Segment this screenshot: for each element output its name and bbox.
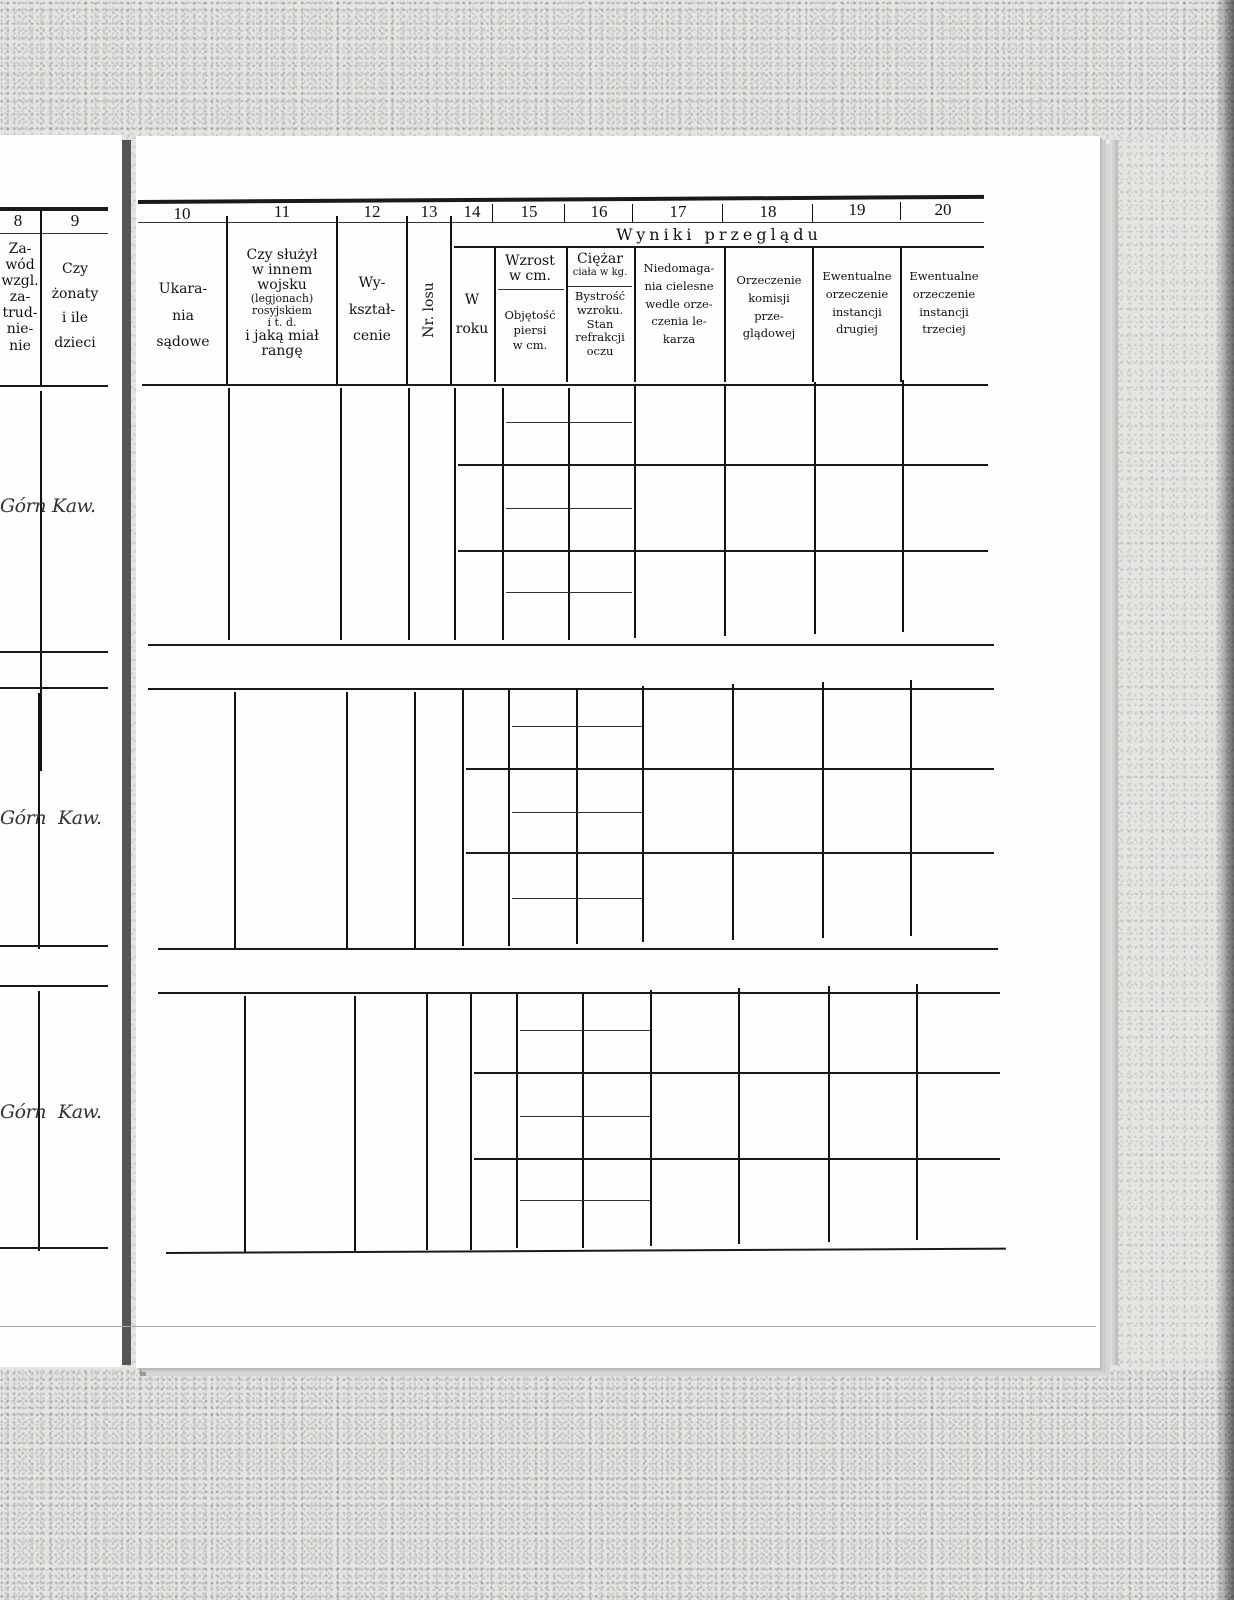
header-number-rule [138, 222, 984, 223]
col-11-header: Czy służył w innem wojsku (legjonach) ro… [228, 248, 336, 359]
col-divider [568, 388, 570, 640]
col-divider [516, 992, 518, 1248]
row-top-rule [0, 687, 108, 689]
col-divider [408, 388, 410, 640]
header-line: Niedomaga- [636, 260, 722, 278]
col-divider [724, 384, 726, 636]
background-texture-top [0, 0, 1234, 135]
col-20-number: 20 [902, 200, 984, 220]
background-texture-bottom [0, 1370, 1234, 1600]
col-16-header-top: Ciężar ciała w kg. [568, 252, 632, 278]
header-line: nie [0, 338, 40, 354]
half-rule [520, 1030, 650, 1031]
header-line: instancji [814, 304, 900, 322]
col-9-header: Czy żonaty i ile dzieci [42, 257, 108, 355]
col-divider [40, 391, 42, 771]
record-top-rule [148, 688, 994, 690]
header-line: drugiej [814, 321, 900, 339]
half-rule [506, 592, 632, 593]
header-bottom-rule [0, 385, 108, 387]
handwritten-occupation: Górn [0, 1101, 46, 1123]
col-divider [414, 692, 416, 948]
subrow-rule [474, 1072, 1000, 1074]
header-line: wojsku [228, 278, 336, 293]
num-divider [722, 204, 723, 222]
num-divider [900, 202, 901, 220]
col-divider [822, 682, 824, 938]
header-line: glądowej [726, 325, 812, 343]
header-line: trud- [0, 305, 40, 321]
header-line: Wzrost [496, 254, 564, 269]
row-bottom-rule [0, 945, 108, 947]
half-rule [506, 508, 632, 509]
header-line: instancji [902, 304, 986, 322]
header-line: nie- [0, 321, 40, 337]
group-header-rule [454, 246, 984, 248]
header-line: piersi [496, 323, 564, 338]
col-16-split-rule [568, 286, 632, 287]
col-divider [470, 994, 472, 1250]
half-rule [512, 898, 642, 899]
header-line: wzgl. [0, 273, 40, 289]
half-rule [520, 1116, 650, 1117]
header-line: wód [0, 257, 40, 273]
handwritten-occupation: Górn [0, 807, 46, 829]
header-number-rule [0, 233, 108, 234]
header-line: oczu [568, 345, 632, 359]
col-13-number: 13 [408, 202, 450, 222]
handwritten-marital: Kaw. [58, 1101, 102, 1123]
col-10-header: Ukara- nia sądowe [140, 276, 226, 356]
header-line: W [450, 286, 494, 315]
col-12-number: 12 [338, 202, 406, 222]
col-16-header-bottom: Bystrość wzroku. Stan refrakcji oczu [568, 290, 632, 359]
col-divider [354, 996, 356, 1252]
col-divider [732, 684, 734, 940]
col-13-header: Nr. losu [421, 275, 437, 345]
row-bottom-rule [0, 1247, 108, 1249]
header-line: prze- [726, 308, 812, 326]
col-19-number: 19 [814, 200, 900, 220]
col-14-number: 14 [452, 202, 492, 222]
col-16-number: 16 [566, 202, 632, 222]
col-8-number: 8 [0, 211, 36, 231]
header-line: w innem [228, 263, 336, 278]
header-line: za- [0, 289, 40, 305]
header-line: i ile [42, 306, 108, 331]
page-stack-edge [1100, 140, 1118, 1365]
subrow-rule [458, 464, 988, 466]
half-rule [512, 726, 642, 727]
record-bottom-rule [158, 948, 998, 950]
col-divider [508, 690, 510, 946]
col-9-number: 9 [42, 211, 108, 231]
record-bottom-rule [148, 644, 994, 646]
col-10-number: 10 [138, 204, 226, 224]
half-rule [520, 1200, 650, 1201]
col-divider [228, 388, 230, 640]
record-top-rule [158, 992, 1000, 994]
col-divider [244, 996, 246, 1252]
col-14-header: W roku [450, 286, 494, 345]
col-divider [426, 994, 428, 1250]
header-bottom-rule [142, 384, 988, 386]
subrow-rule [466, 852, 994, 854]
col-divider [634, 386, 636, 638]
header-line: orzeczenie [814, 286, 900, 304]
handwritten-marital: Kaw. [52, 495, 96, 517]
header-line: Ewentualne [814, 268, 900, 286]
header-line: karza [636, 331, 722, 349]
header-line: Objętość [496, 308, 564, 323]
header-line: wedle orze- [636, 296, 722, 314]
header-line: Bystrość [568, 290, 632, 304]
col-divider [406, 216, 408, 384]
col-divider [916, 984, 918, 1240]
header-line: orzeczenie [902, 286, 986, 304]
col-divider [828, 986, 830, 1242]
half-rule [512, 812, 642, 813]
row-top-rule [0, 985, 108, 987]
col-17-number: 17 [634, 202, 722, 222]
scan-edge-shadow [1216, 0, 1234, 1600]
col-divider [502, 388, 504, 640]
col-15-header-top: Wzrost w cm. [496, 254, 564, 283]
right-page: 10 11 12 13 14 15 16 17 18 19 20 Wyniki … [136, 136, 1100, 1368]
col-divider [346, 692, 348, 948]
header-line: nia cielesne [636, 278, 722, 296]
header-line: cenie [338, 323, 406, 350]
col-divider [910, 680, 912, 936]
row-bottom-rule [0, 651, 108, 653]
handwritten-occupation: Górn [0, 495, 46, 517]
col-divider [814, 382, 816, 634]
left-page: 8 9 Za- wód wzgl. za- trud- nie- nie Czy… [0, 135, 122, 1367]
book-spine [122, 140, 131, 1365]
col-divider [454, 388, 456, 640]
col-12-header: Wy- kształ- cenie [338, 270, 406, 350]
header-line: Wy- [338, 270, 406, 297]
header-line: w cm. [496, 269, 564, 284]
header-line: żonaty [42, 282, 108, 307]
header-line: Orzeczenie [726, 272, 812, 290]
header-line: Czy [42, 257, 108, 282]
header-line: Stan [568, 318, 632, 332]
header-line: dzieci [42, 331, 108, 356]
col-divider [650, 990, 652, 1246]
col-17-header: Niedomaga- nia cielesne wedle orze- czen… [636, 260, 722, 349]
col-18-number: 18 [724, 202, 812, 222]
col-8-header: Za- wód wzgl. za- trud- nie- nie [0, 241, 40, 354]
col-19-header: Ewentualne orzeczenie instancji drugiej [814, 268, 900, 339]
col-divider [462, 690, 464, 946]
scan-artifact-line [0, 1326, 1096, 1327]
header-line: wzroku. [568, 304, 632, 318]
header-line: czenia le- [636, 313, 722, 331]
header-line: trzeciej [902, 321, 986, 339]
subrow-rule [466, 768, 994, 770]
col-15-split-rule [498, 289, 564, 290]
handwritten-marital: Kaw. [58, 807, 102, 829]
num-divider [564, 204, 565, 222]
header-line: nia [140, 303, 226, 330]
col-divider [340, 388, 342, 640]
header-line: Ukara- [140, 276, 226, 303]
header-line: kształ- [338, 297, 406, 324]
subrow-rule [458, 550, 988, 552]
header-line: refrakcji [568, 331, 632, 345]
col-divider [234, 692, 236, 948]
col-20-header: Ewentualne orzeczenie instancji trzeciej [902, 268, 986, 339]
header-line: w cm. [496, 338, 564, 353]
num-divider [632, 204, 633, 222]
col-divider [902, 380, 904, 632]
header-line: rangę [228, 344, 336, 359]
num-divider [492, 204, 493, 222]
col-18-header: Orzeczenie komisji prze- glądowej [726, 272, 812, 343]
page-bottom-edge [140, 1368, 1100, 1376]
results-group-header: Wyniki przeglądu [454, 226, 984, 244]
header-line: komisji [726, 290, 812, 308]
record-bottom-rule [166, 1248, 1006, 1254]
header-line: roku [450, 315, 494, 344]
header-line: sądowe [140, 329, 226, 356]
header-line: Za- [0, 241, 40, 257]
col-15-number: 15 [494, 202, 564, 222]
col-divider [642, 686, 644, 942]
col-15-header-bottom: Objętość piersi w cm. [496, 308, 564, 353]
header-line: Ewentualne [902, 268, 986, 286]
header-line: i jaką miał [228, 329, 336, 344]
col-divider [738, 988, 740, 1244]
num-divider [812, 204, 813, 222]
col-11-number: 11 [228, 202, 336, 222]
header-line: ciała w kg. [568, 267, 632, 278]
header-line: Czy służył [228, 248, 336, 263]
subrow-rule [474, 1158, 1000, 1160]
half-rule [506, 422, 632, 423]
header-line: Ciężar [568, 252, 632, 267]
